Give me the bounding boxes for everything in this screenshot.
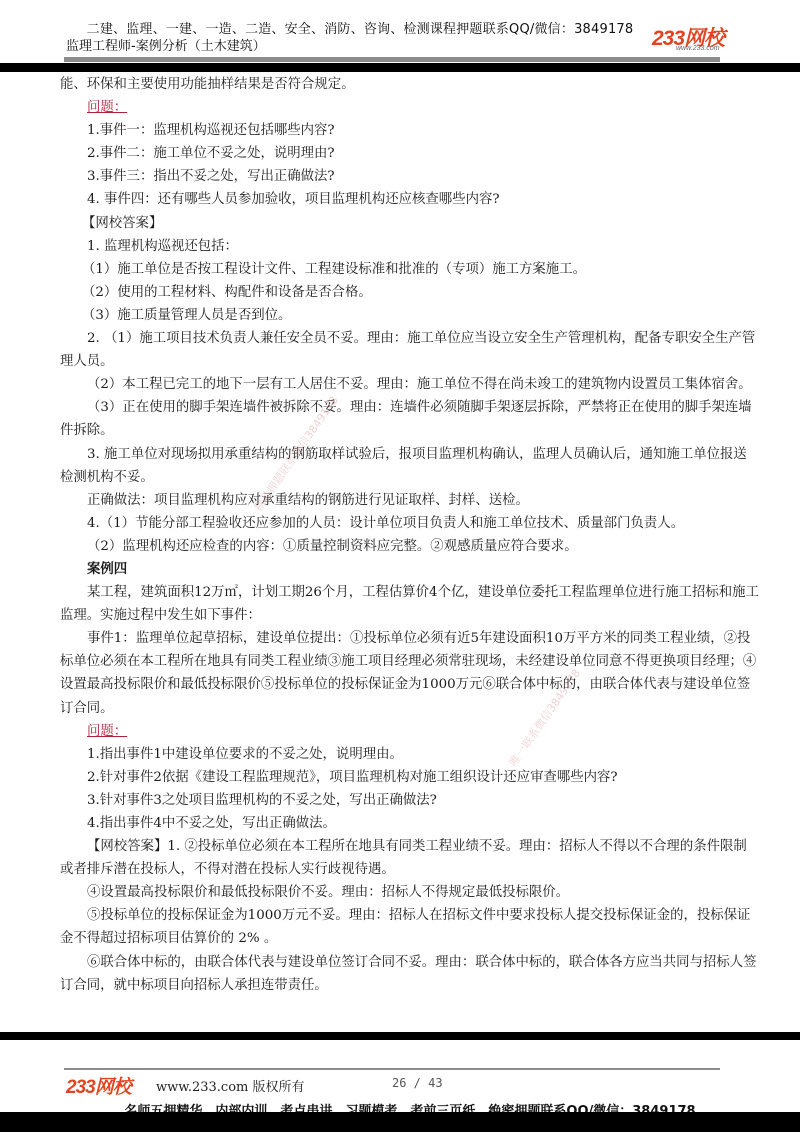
paragraph: （3）施工质量管理人员是否到位。 <box>60 304 760 327</box>
paragraph: 1. 监理机构巡视还包括： <box>60 235 760 258</box>
redaction-bar-middle <box>0 1032 800 1040</box>
paragraph: 3.事件三：指出不妥之处，写出正确做法? <box>60 165 760 188</box>
paragraph: 1.事件一：监理机构巡视还包括哪些内容? <box>60 119 760 142</box>
paragraph: 4.指出事件4中不妥之处，写出正确做法。 <box>60 812 760 835</box>
paragraph: ④设置最高投标限价和最低投标限价不妥。理由：招标人不得规定最低投标限价。 <box>60 881 760 904</box>
paragraph: 【网校答案】 <box>60 212 760 235</box>
paragraph: 事件1：监理单位起草招标，建设单位提出：①投标单位必须有近5年建设面积10万平方… <box>60 627 760 719</box>
header-rule <box>64 57 720 62</box>
paragraph: （3）正在使用的脚手架连墙件被拆除不妥。理由：连墙件必须随脚手架逐层拆除，严禁将… <box>60 396 760 442</box>
page-number: 26 / 43 <box>392 1076 443 1090</box>
question-label: 问题： <box>87 724 127 739</box>
redaction-bar-bottom <box>0 1112 800 1132</box>
footer-rule <box>64 1068 720 1070</box>
doc-title: 监理工程师-案例分析（土木建筑） <box>66 35 266 54</box>
paragraph: ⑤投标单位的投标保证金为1000万元不妥。理由：招标人在招标文件中要求投标人提交… <box>60 904 760 950</box>
paragraph: 1.指出事件1中建设单位要求的不妥之处，说明理由。 <box>60 743 760 766</box>
paragraph: 4.（1）节能分部工程验收还应参加的人员：设计单位项目负责人和施工单位技术、质量… <box>60 512 760 535</box>
paragraph: 3.针对事件3之处项目监理机构的不妥之处，写出正确做法? <box>60 789 760 812</box>
paragraph: 2. （1）施工项目技术负责人兼任安全员不妥。理由：施工单位应当设立安全生产管理… <box>60 327 760 373</box>
paragraph: 案例四 <box>60 558 760 581</box>
paragraph: 能、环保和主要使用功能抽样结果是否符合规定。 <box>60 73 760 96</box>
section-heading: 问题： <box>60 96 760 119</box>
paragraph: （1）施工单位是否按工程设计文件、工程建设标准和批准的（专项）施工方案施工。 <box>60 258 760 281</box>
paragraph: 4. 事件四：还有哪些人员参加验收，项目监理机构还应核查哪些内容? <box>60 188 760 211</box>
paragraph: （2）使用的工程材料、构配件和设备是否合格。 <box>60 281 760 304</box>
paragraph: 正确做法：项目监理机构应对承重结构的钢筋进行见证取样、封样、送检。 <box>60 489 760 512</box>
paragraph: 2.针对事件2依据《建设工程监理规范》，项目监理机构对施工组织设计还应审查哪些内… <box>60 766 760 789</box>
question-label: 问题： <box>87 100 127 115</box>
paragraph: 2.事件二：施工单位不妥之处，说明理由? <box>60 142 760 165</box>
paragraph: ⑥联合体中标的，由联合体代表与建设单位签订合同不妥。理由：联合体中标的，联合体各… <box>60 951 760 997</box>
section-heading: 问题： <box>60 720 760 743</box>
redaction-bar-top <box>0 63 800 72</box>
paragraph: 3. 施工单位对现场拟用承重结构的钢筋取样试验后，报项目监理机构确认，监理人员确… <box>60 443 760 489</box>
paragraph: （2）监理机构还应检查的内容：①质量控制资料应完整。②观感质量应符合要求。 <box>60 535 760 558</box>
brand-logo-footer: 233网校 <box>66 1072 131 1099</box>
brand-logo-url: www.233.com <box>676 45 720 52</box>
footer-promo: 名师五押精华、内部内训、考点串讲、习题模考、考前三页纸，绝密押题联系QQ/微信：… <box>110 1101 710 1112</box>
paragraph: （2）本工程已完工的地下一层有工人居住不妥。理由：施工单位不得在尚未竣工的建筑物… <box>60 373 760 396</box>
paragraph: 某工程，建筑面积12万㎡，计划工期26个月，工程估算价4个亿，建设单位委托工程监… <box>60 581 760 627</box>
document-body: 能、环保和主要使用功能抽样结果是否符合规定。问题：1.事件一：监理机构巡视还包括… <box>60 73 760 997</box>
footer-copyright: www.233.com 版权所有 <box>156 1076 305 1095</box>
paragraph: 【网校答案】1. ②投标单位必须在本工程所在地具有同类工程业绩不妥。理由：招标人… <box>60 835 760 881</box>
